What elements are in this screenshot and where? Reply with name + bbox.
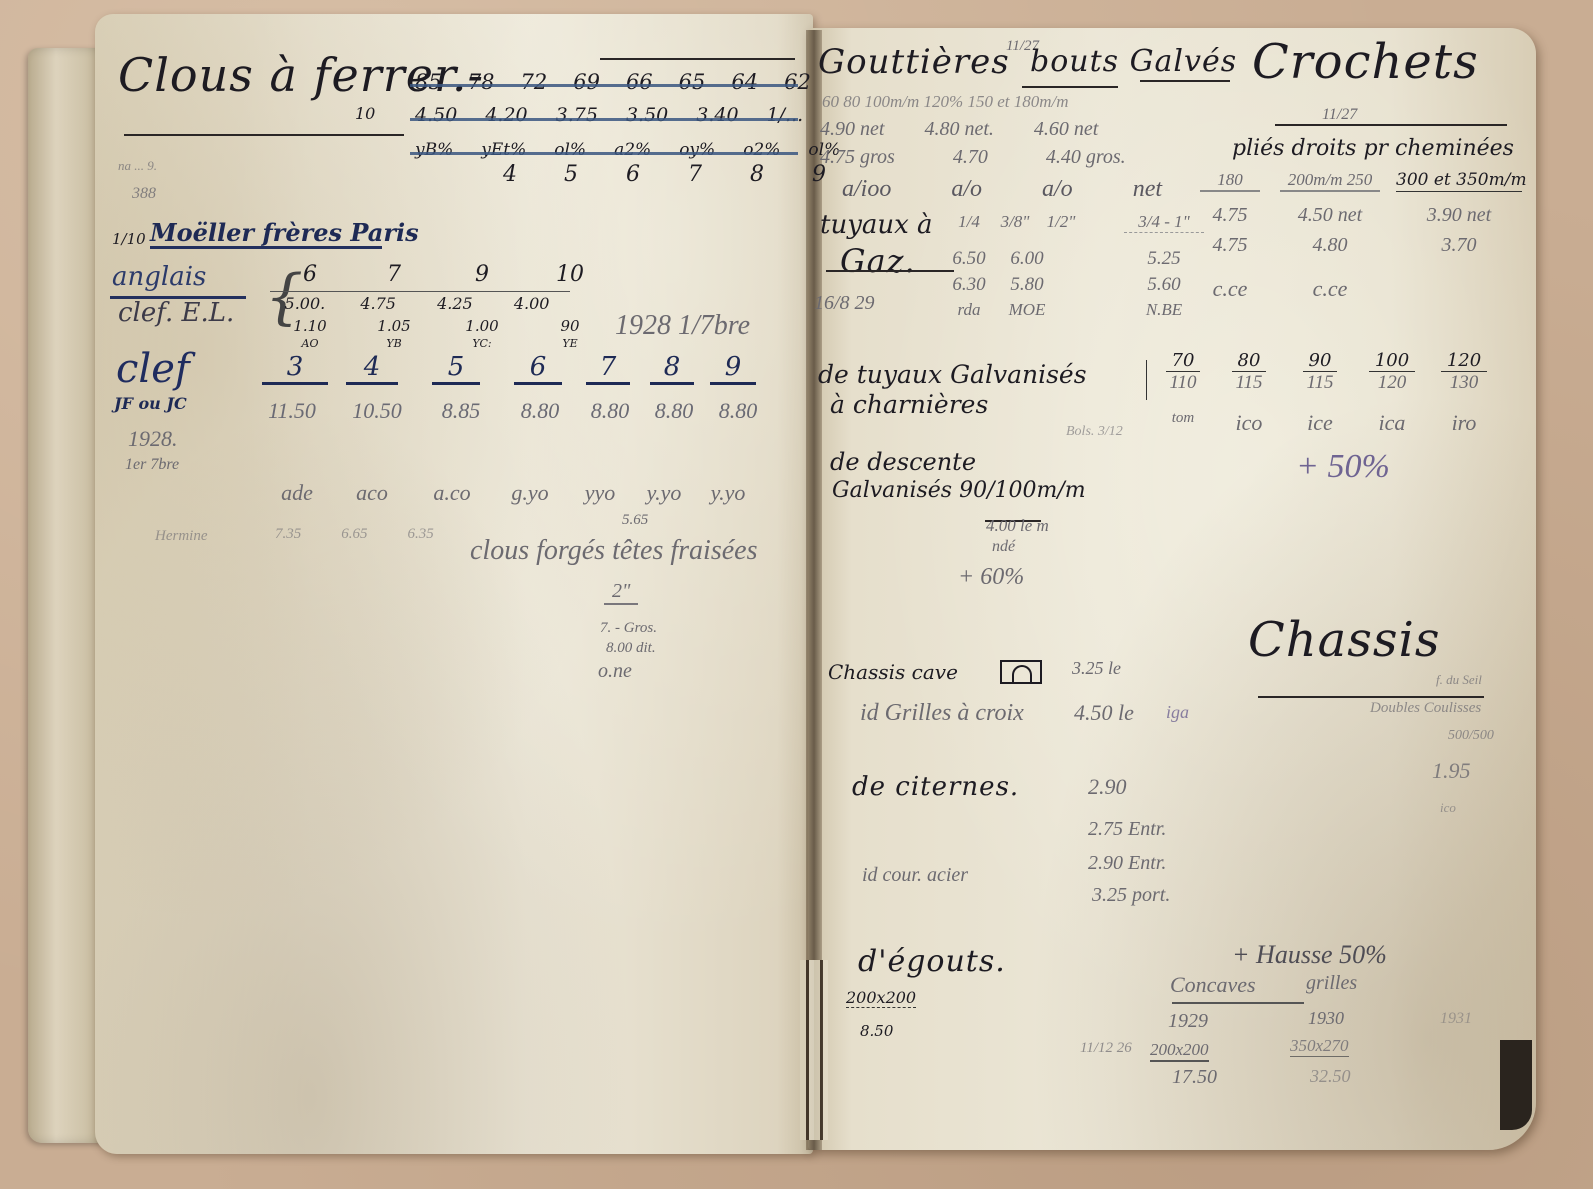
crossed-value: a2% [614, 140, 651, 160]
doubles-price: 1.95 [1432, 758, 1471, 784]
galv-code: ico [1214, 410, 1284, 436]
gaz-size: 3/4 - 1" [1124, 212, 1204, 233]
gaz-price: 6.00 [992, 248, 1062, 270]
crochets-col: 180 [1200, 170, 1260, 192]
clef-code: aco [332, 480, 412, 506]
gaz-sizes: 1/4 3/8" 1/2" 3/4 - 1" [946, 212, 1204, 233]
chassis-cave-label: Chassis cave [828, 660, 958, 684]
clef-price: 8.80 [578, 398, 642, 424]
size-number: 7 [664, 162, 726, 187]
size-number: 4 [480, 162, 540, 187]
size-number: 5 [540, 162, 602, 187]
crossed-value: 3.75 [556, 104, 598, 126]
strike-line [410, 152, 798, 155]
clef-codes-row: ade aco a.co g.yo yyo y.yo y.yo [262, 480, 760, 506]
clef-code: ade [262, 480, 332, 506]
galv-size: 80 [1232, 350, 1267, 372]
crossed-value: 65 [679, 70, 706, 94]
descente-price: 4.00 le m [986, 516, 1049, 536]
crochets-code: c.ce [1280, 276, 1380, 302]
grilles-price: 4.50 le [1074, 700, 1134, 726]
clef-price: 8.85 [420, 398, 502, 424]
galv-separator [1146, 360, 1147, 400]
clef-size: 9 [710, 352, 756, 385]
plus-50-percent: + 50% [1296, 448, 1390, 486]
crossed-row-3: yB% yEt% ol% a2% oy% o2% ol% [415, 140, 840, 160]
clef-price: 11.50 [250, 398, 334, 424]
tuyaux-label: tuyaux à [820, 210, 933, 240]
year-1931: 1931 [1440, 1010, 1472, 1028]
code: YE [526, 337, 614, 350]
strike-line [410, 84, 798, 87]
crossed-value: 85 [415, 70, 442, 94]
anglais-row-2: 1.10 1.05 1.00 90 [270, 317, 614, 335]
galv-size: 100 [1369, 350, 1415, 372]
clef-code: yyo [568, 480, 632, 506]
galv-price: 110 [1169, 372, 1196, 394]
clef-code: g.yo [492, 480, 568, 506]
gouttieres-code: a/ioo [842, 176, 891, 203]
crochets-price: 3.90 net [1396, 204, 1522, 227]
gaz-underline [826, 270, 954, 272]
clef-code: y.yo [696, 480, 760, 506]
top-right-rule [600, 58, 795, 60]
doubles-label: Doubles Coulisses [1370, 700, 1481, 717]
galv-codes: tom ico ice ica iro [1152, 410, 1500, 436]
pencil-margin-number: 388 [132, 185, 156, 203]
crossed-value: ol% [554, 140, 586, 160]
crossed-value: 62 [784, 70, 811, 94]
gaz-date: 16/8 29 [814, 292, 875, 315]
crochets-row-2: 4.75 4.80 3.70 [1200, 234, 1522, 257]
clous-line-1: 7. - Gros. [600, 620, 657, 637]
gaz-size: 1/4 [946, 212, 992, 233]
size: 6 [270, 262, 350, 287]
clef-size: 3 [262, 352, 328, 385]
chassis-cave-price: 3.25 le [1072, 658, 1121, 679]
clef-size: 7 [586, 352, 630, 385]
year-1929: 1929 [1168, 1010, 1208, 1033]
hermine-value: 6.35 [408, 526, 434, 543]
hermine-value: 7.35 [275, 526, 301, 543]
crochets-price: 3.70 [1396, 234, 1522, 257]
crochets-price: 4.75 [1200, 234, 1260, 257]
heading-bouts-galves: bouts Galvés [1030, 44, 1237, 79]
price: 1.05 [350, 317, 438, 335]
year-1930: 1930 [1308, 1008, 1344, 1029]
galv-col: 70110 [1152, 350, 1214, 394]
anglais-table: 6 7 9 10 5.00. 4.75 4.25 4.00 1.10 1.05 … [270, 262, 614, 350]
price: 1.00 [438, 317, 526, 335]
descente-label-1: de descente [830, 448, 976, 476]
date-11-12-26: 11/12 26 [1080, 1040, 1132, 1057]
back-cover-corner [1500, 1040, 1532, 1130]
size: 10 [526, 262, 614, 287]
crossed-value: o2% [743, 140, 780, 160]
gouttieres-sizes: 60 80 100m/m 120% 150 et 180m/m [822, 92, 1068, 112]
price: 5.00. [270, 294, 340, 313]
doubles-code: ico [1440, 800, 1456, 816]
hermine-values: 7.35 6.65 6.35 [275, 526, 434, 543]
clef-price: 10.50 [334, 398, 420, 424]
clef-size: 8 [650, 352, 694, 385]
descente-label-2: Galvanisés 90/100m/m [832, 478, 1086, 503]
code: YB [350, 337, 438, 350]
cour-line-1: 2.90 Entr. [1088, 852, 1166, 875]
gouttieres-code: a/o [1042, 176, 1073, 203]
grilles-code: iga [1166, 702, 1189, 723]
crochets-col: 200m/m 250 [1280, 170, 1380, 192]
crossed-value: 4.20 [485, 104, 527, 126]
galv-code: iro [1428, 410, 1500, 436]
size-numbers-row: 4 5 6 7 8 9 [480, 162, 850, 187]
gouttieres-price: 4.75 gros [820, 146, 895, 169]
crossed-row-1: 85 78 72 69 66 65 64 62 [415, 70, 811, 94]
crochets-row-1: 4.75 4.50 net 3.90 net [1200, 204, 1522, 227]
heading-gouttieres: Gouttières [818, 42, 1010, 82]
clef-label: clef [116, 346, 190, 392]
gaz-price: 5.25 [1124, 248, 1204, 270]
hermine-label: Hermine [155, 528, 208, 545]
clef-prices-row: 11.50 10.50 8.85 8.80 8.80 8.80 8.80 [250, 398, 770, 424]
galv-size: 90 [1303, 350, 1338, 372]
gaz-code: MOE [992, 300, 1062, 320]
date-note-1928: 1928 1/7bre [615, 310, 750, 342]
size: 7 [350, 262, 438, 287]
gaz-row-1: 6.50 6.00 5.25 [946, 248, 1204, 270]
bouts-underline [1022, 86, 1118, 88]
crochets-price: 4.50 net [1280, 204, 1380, 227]
gaz-row-2: 6.30 5.80 5.60 [946, 274, 1204, 296]
bols-note: Bols. 3/12 [1066, 424, 1123, 440]
value-5-65: 5.65 [622, 512, 648, 529]
concave-1929-price: 17.50 [1172, 1066, 1217, 1089]
size-number: 6 [602, 162, 664, 187]
galv-code: ice [1284, 410, 1356, 436]
clef-size: 4 [346, 352, 398, 385]
galv-size: 120 [1441, 350, 1487, 372]
anglais-row-1: 5.00. 4.75 4.25 4.00 [270, 291, 570, 313]
gaz-label: Gaz. [840, 242, 916, 280]
clous-line-3: o.ne [598, 660, 632, 683]
clef-code: a.co [412, 480, 492, 506]
crochets-row-3: c.ce c.ce [1200, 276, 1380, 302]
moeller-prefix: 1/10 [112, 230, 146, 248]
egouts-size: 200x200 [846, 988, 916, 1008]
heading-crochets: Crochets [1252, 34, 1479, 90]
doubles-size: 500/500 [1448, 728, 1494, 744]
crochets-code: c.ce [1200, 276, 1260, 302]
plies-droits-heading: pliés droits pr cheminées [1232, 136, 1514, 161]
gaz-size: 1/2" [1038, 212, 1084, 233]
galv-price: 120 [1378, 372, 1407, 394]
clous-forges-note: clous forgés têtes fraisées [470, 535, 757, 567]
crochets-price: 4.80 [1280, 234, 1380, 257]
hausse-note: + Hausse 50% [1232, 940, 1387, 970]
crochets-underline [1275, 124, 1507, 126]
gouttieres-price: 4.80 net. [924, 118, 993, 141]
plus-60-percent: + 60% [958, 564, 1024, 591]
gouttieres-code: net [1133, 176, 1162, 203]
galv-code: tom [1152, 410, 1214, 436]
crossed-value: 3.50 [626, 104, 668, 126]
galv-size: 70 [1166, 350, 1201, 372]
cour-line-2: 3.25 port. [1092, 884, 1170, 907]
f-du-seil-note: f. du Seil [1436, 672, 1482, 688]
cellar-window-icon [1000, 660, 1042, 684]
heading-sub-number: 10 [355, 104, 375, 123]
gaz-price: 6.50 [946, 248, 992, 270]
code: AO [270, 337, 350, 350]
size-number: 8 [726, 162, 788, 187]
gaz-price: 5.80 [992, 274, 1062, 296]
concaves-label: Concaves [1170, 972, 1256, 998]
crossed-value: yB% [415, 140, 453, 160]
clous-line-2: 8.00 dit. [606, 640, 656, 657]
crochets-price: 4.75 [1200, 204, 1260, 227]
price: 4.25 [417, 294, 494, 313]
gaz-code: N.BE [1124, 300, 1204, 320]
concave-1930-price: 32.50 [1310, 1066, 1351, 1087]
citernes-line-2: 2.75 Entr. [1088, 818, 1166, 841]
strike-line [410, 118, 798, 121]
grilles-label: id Grilles à croix [860, 700, 1024, 727]
clef-size: 5 [432, 352, 480, 385]
galv-label-1: de tuyaux Galvanisés [818, 360, 1087, 389]
gaz-price: 6.30 [946, 274, 992, 296]
anglais-codes: AO YB YC: YE [270, 337, 614, 350]
concave-1930-size: 350x270 [1290, 1036, 1349, 1057]
price: 1.10 [270, 317, 350, 335]
hermine-value: 6.65 [341, 526, 367, 543]
moeller-underline [150, 246, 382, 249]
galv-table: 70110 80115 90115 100120 120130 [1152, 350, 1500, 394]
galv-col: 80115 [1214, 350, 1284, 394]
citernes-price: 2.90 [1088, 774, 1127, 800]
crossed-value: 66 [626, 70, 653, 94]
citernes-label: de citernes. [852, 772, 1019, 802]
heading-underline [124, 134, 404, 136]
crossed-value: yEt% [481, 140, 526, 160]
crochets-date: 11/27 [1322, 106, 1357, 124]
gouttieres-row-1: 4.90 net 4.80 net. 4.60 net [820, 118, 1098, 141]
clef-price: 8.80 [642, 398, 706, 424]
crochets-col: 300 et 350m/m [1396, 170, 1522, 192]
gouttieres-price: 4.60 net [1034, 118, 1098, 141]
gaz-codes: rda MOE N.BE [946, 300, 1204, 320]
galv-price: 115 [1235, 372, 1262, 394]
gouttieres-price: 4.40 gros. [1046, 146, 1126, 169]
concave-1929-size: 200x200 [1150, 1040, 1209, 1062]
egouts-label: d'égouts. [858, 944, 1006, 979]
gouttieres-price: 4.70 [953, 146, 988, 169]
descente-code: ndé [992, 538, 1015, 556]
anglais-sizes: 6 7 9 10 [270, 262, 614, 287]
chassis-underline [1258, 696, 1484, 698]
crochets-cols: 180 200m/m 250 300 et 350m/m [1200, 170, 1522, 192]
crossed-row-2: 4.50 4.20 3.75 3.50 3.40 1/... [415, 104, 803, 126]
galv-col: 100120 [1356, 350, 1428, 394]
crossed-value: 72 [520, 70, 547, 94]
crossed-value: 4.50 [415, 104, 457, 126]
clef-year: 1928. [128, 426, 178, 452]
clef-code: y.yo [632, 480, 696, 506]
code: YC: [438, 337, 526, 350]
gaz-price: 5.60 [1124, 274, 1204, 296]
clef-sub-label: JF ou JC [114, 394, 187, 413]
torn-binding [800, 960, 828, 1140]
clous-size: 2" [604, 580, 638, 605]
cour-acier-label: id cour. acier [862, 864, 968, 887]
clef-el-label: clef. E.L. [118, 298, 234, 328]
gouttieres-code: a/o [951, 176, 982, 203]
pencil-margin-note: na ... 9. [118, 158, 157, 174]
heading-chassis: Chassis [1248, 612, 1441, 668]
gouttieres-row-3: a/ioo a/o a/o net [842, 176, 1162, 203]
anglais-label: anglais [112, 262, 206, 292]
clef-size: 6 [514, 352, 562, 385]
egouts-price: 8.50 [860, 1022, 893, 1040]
price: 90 [526, 317, 614, 335]
crossed-value: 69 [573, 70, 600, 94]
crossed-value: oy% [679, 140, 715, 160]
clef-sizes-row: 3 4 5 6 7 8 9 [262, 352, 756, 385]
galves-underline [1140, 80, 1230, 82]
price: 4.75 [340, 294, 417, 313]
gouttieres-price: 4.90 net [820, 118, 884, 141]
moeller-heading: Moëller frères Paris [150, 218, 419, 247]
crossed-value: 1/... [767, 104, 804, 126]
galv-col: 120130 [1428, 350, 1500, 394]
concaves-underline [1172, 1002, 1304, 1004]
gaz-size: 3/8" [992, 212, 1038, 233]
galv-price: 130 [1450, 372, 1479, 394]
crossed-value: 78 [468, 70, 495, 94]
crossed-value: 64 [731, 70, 758, 94]
size: 9 [438, 262, 526, 287]
galv-col: 90115 [1284, 350, 1356, 394]
galv-price: 115 [1306, 372, 1333, 394]
galv-code: ica [1356, 410, 1428, 436]
gouttieres-row-2: 4.75 gros 4.70 4.40 gros. [820, 146, 1126, 169]
clef-year-sub: 1er 7bre [125, 456, 179, 474]
grilles-short: grilles [1306, 972, 1357, 995]
gaz-code: rda [946, 300, 992, 320]
galv-label-2: à charnières [830, 390, 988, 419]
clef-price: 8.80 [502, 398, 578, 424]
price: 4.00 [493, 294, 570, 313]
clef-price: 8.80 [706, 398, 770, 424]
crossed-value: 3.40 [696, 104, 738, 126]
